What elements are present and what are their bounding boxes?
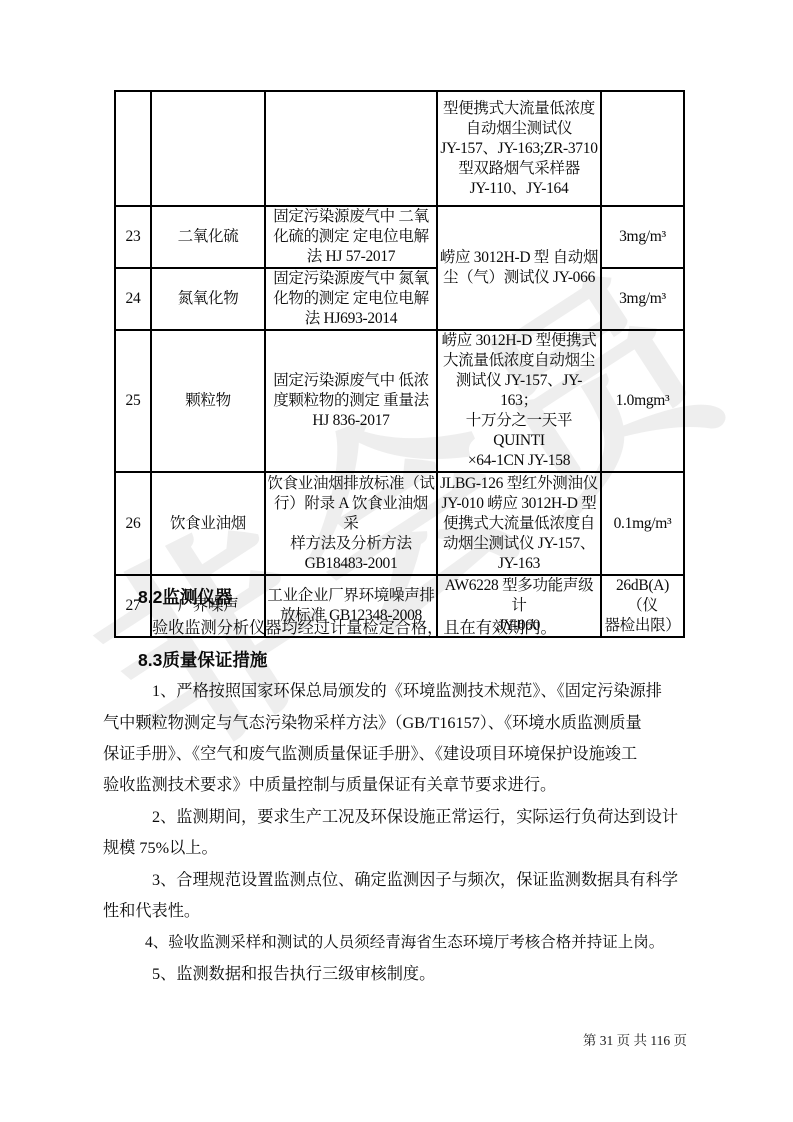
paragraph-2: 2、监测期间，要求生产工况及环保设施正常运行，实际运行负荷达到设计 规模 75%… bbox=[103, 802, 687, 865]
cell-no: 26 bbox=[115, 472, 151, 575]
cell-item: 氮氧化物 bbox=[151, 268, 265, 330]
body-text: 8.2监测仪器 验收监测分析仪器均经过计量检定合格，且在有效期内。 8.3质量保… bbox=[103, 582, 687, 990]
cell-limit: 0.1mg/m³ bbox=[601, 472, 684, 575]
page-number: 第 31 页 共 116 页 bbox=[103, 1029, 687, 1049]
cell-limit bbox=[601, 91, 684, 206]
cell-instrument: 型便携式大流量低浓度 自动烟尘测试仪 JY-157、JY-163;ZR-3710… bbox=[437, 91, 601, 206]
paragraph-4: 4、验收监测采样和测试的人员须经青海省生态环境厅考核合格并持证上岗。 bbox=[103, 927, 687, 958]
cell-standard: 固定污染源废气中 低浓 度颗粒物的测定 重量法 HJ 836-2017 bbox=[265, 330, 437, 472]
section-heading-8-3: 8.3质量保证措施 bbox=[138, 645, 687, 676]
table-row-23: 23 二氧化硫 固定污染源废气中 二氧 化硫的测定 定电位电解 法 HJ 57-… bbox=[115, 206, 684, 268]
cell-instrument: JLBG-126 型红外测油仪 JY-010 崂应 3012H-D 型 便携式大… bbox=[437, 472, 601, 575]
cell-standard bbox=[265, 91, 437, 206]
table-row-26: 26 饮食业油烟 饮食业油烟排放标准（试 行）附录 A 饮食业油烟采 样方法及分… bbox=[115, 472, 684, 575]
cell-standard: 固定污染源废气中 二氧 化硫的测定 定电位电解 法 HJ 57-2017 bbox=[265, 206, 437, 268]
monitoring-instruments-table: 型便携式大流量低浓度 自动烟尘测试仪 JY-157、JY-163;ZR-3710… bbox=[114, 90, 685, 638]
cell-no: 23 bbox=[115, 206, 151, 268]
table-row-25: 25 颗粒物 固定污染源废气中 低浓 度颗粒物的测定 重量法 HJ 836-20… bbox=[115, 330, 684, 472]
cell-instrument: 崂应 3012H-D 型 自动烟 尘（气）测试仪 JY-066 bbox=[437, 206, 601, 330]
paragraph-3: 3、合理规范设置监测点位、确定监测因子与频次，保证监测数据具有科学 性和代表性。 bbox=[103, 865, 687, 928]
cell-no bbox=[115, 91, 151, 206]
cell-limit: 1.0mgm³ bbox=[601, 330, 684, 472]
paragraph-8-2: 验收监测分析仪器均经过计量检定合格，且在有效期内。 bbox=[103, 613, 687, 644]
cell-limit: 3mg/m³ bbox=[601, 268, 684, 330]
paragraph-1: 1、严格按照国家环保总局颁发的《环境监测技术规范》、《固定污染源排 气中颗粒物测… bbox=[103, 676, 687, 802]
table-row-continuation: 型便携式大流量低浓度 自动烟尘测试仪 JY-157、JY-163;ZR-3710… bbox=[115, 91, 684, 206]
cell-item: 颗粒物 bbox=[151, 330, 265, 472]
cell-standard: 固定污染源废气中 氮氧 化物的测定 定电位电解 法 HJ693-2014 bbox=[265, 268, 437, 330]
cell-no: 24 bbox=[115, 268, 151, 330]
cell-no: 25 bbox=[115, 330, 151, 472]
cell-standard: 饮食业油烟排放标准（试 行）附录 A 饮食业油烟采 样方法及分析方法 GB184… bbox=[265, 472, 437, 575]
cell-item: 二氧化硫 bbox=[151, 206, 265, 268]
cell-item bbox=[151, 91, 265, 206]
paragraph-5: 5、监测数据和报告执行三级审核制度。 bbox=[103, 959, 687, 990]
section-heading-8-2: 8.2监测仪器 bbox=[138, 582, 687, 613]
cell-limit: 3mg/m³ bbox=[601, 206, 684, 268]
cell-instrument: 崂应 3012H-D 型便携式 大流量低浓度自动烟尘 测试仪 JY-157、JY… bbox=[437, 330, 601, 472]
document-page: 非会员 型便携式大流量低浓度 自动烟尘测试仪 JY-157、JY-163;ZR-… bbox=[0, 0, 793, 1122]
cell-item: 饮食业油烟 bbox=[151, 472, 265, 575]
